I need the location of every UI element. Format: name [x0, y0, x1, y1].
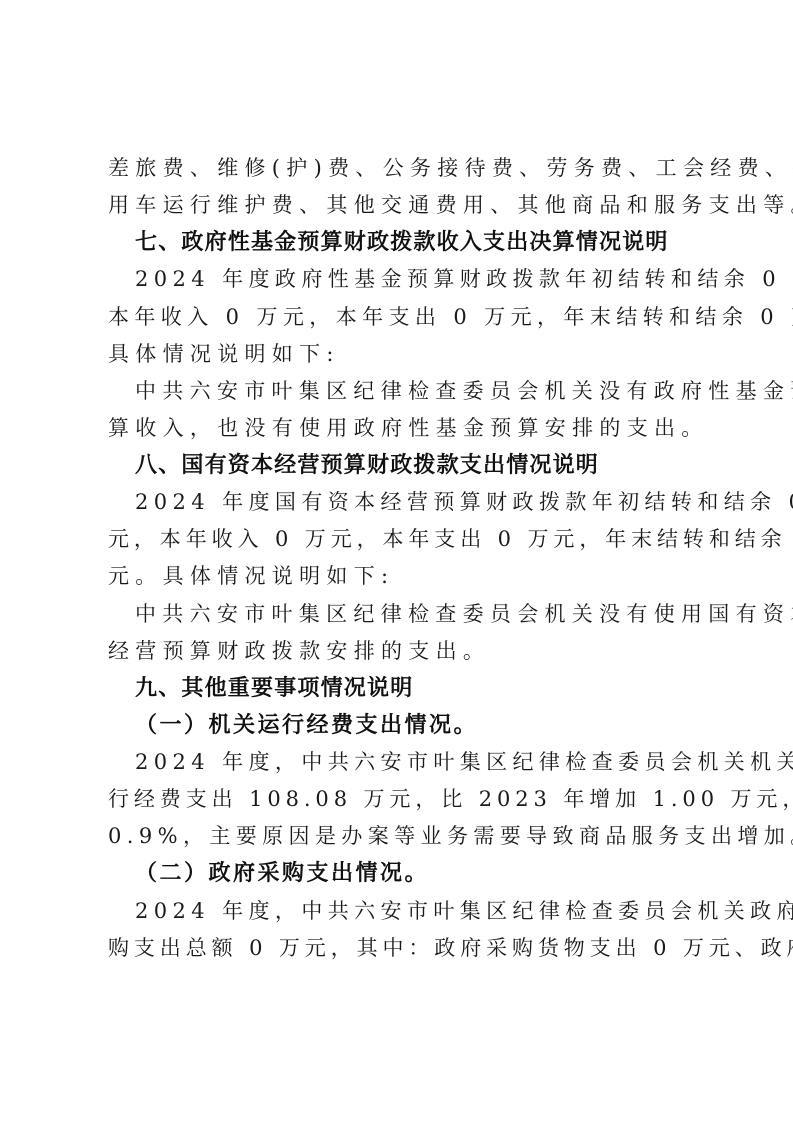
subsection-heading-2: （二）政府采购支出情况。 — [108, 855, 698, 892]
section-heading-8: 八、国有资本经营预算财政拨款支出情况说明 — [108, 447, 698, 484]
body-line: 本年收入 0 万元，本年支出 0 万元，年末结转和结余 0 万元。 — [108, 299, 698, 336]
subsection-heading-1: （一）机关运行经费支出情况。 — [108, 707, 698, 744]
body-line: 2024 年度政府性基金预算财政拨款年初结转和结余 0 万元， — [108, 261, 698, 298]
body-line: 用车运行维护费、其他交通费用、其他商品和服务支出等。 — [108, 187, 698, 224]
body-line: 差旅费、维修(护)费、公务接待费、劳务费、工会经费、公务 — [108, 150, 698, 187]
body-line: 0.9%，主要原因是办案等业务需要导致商品服务支出增加。。 — [108, 818, 698, 855]
body-line: 算收入，也没有使用政府性基金预算安排的支出。 — [108, 410, 698, 447]
body-line: 中共六安市叶集区纪律检查委员会机关没有使用国有资本 — [108, 596, 698, 633]
body-line: 行经费支出 108.08 万元，比 2023 年增加 1.00 万元，增长 — [108, 781, 698, 818]
body-line: 中共六安市叶集区纪律检查委员会机关没有政府性基金预 — [108, 373, 698, 410]
body-line: 2024 年度，中共六安市叶集区纪律检查委员会机关机关运 — [108, 744, 698, 781]
body-line: 经营预算财政拨款安排的支出。 — [108, 633, 698, 670]
body-line: 2024 年度，中共六安市叶集区纪律检查委员会机关政府采 — [108, 893, 698, 930]
body-line: 元。具体情况说明如下: — [108, 558, 698, 595]
document-body: 差旅费、维修(护)费、公务接待费、劳务费、工会经费、公务 用车运行维护费、其他交… — [108, 150, 698, 967]
section-heading-7: 七、政府性基金预算财政拨款收入支出决算情况说明 — [108, 224, 698, 261]
body-line: 元，本年收入 0 万元，本年支出 0 万元，年末结转和结余 0 万 — [108, 521, 698, 558]
body-line: 2024 年度国有资本经营预算财政拨款年初结转和结余 0 万 — [108, 484, 698, 521]
body-line: 购支出总额 0 万元，其中：政府采购货物支出 0 万元、政府采 — [108, 930, 698, 967]
document-page: 差旅费、维修(护)费、公务接待费、劳务费、工会经费、公务 用车运行维护费、其他交… — [0, 0, 793, 1122]
body-line: 具体情况说明如下: — [108, 336, 698, 373]
section-heading-9: 九、其他重要事项情况说明 — [108, 670, 698, 707]
